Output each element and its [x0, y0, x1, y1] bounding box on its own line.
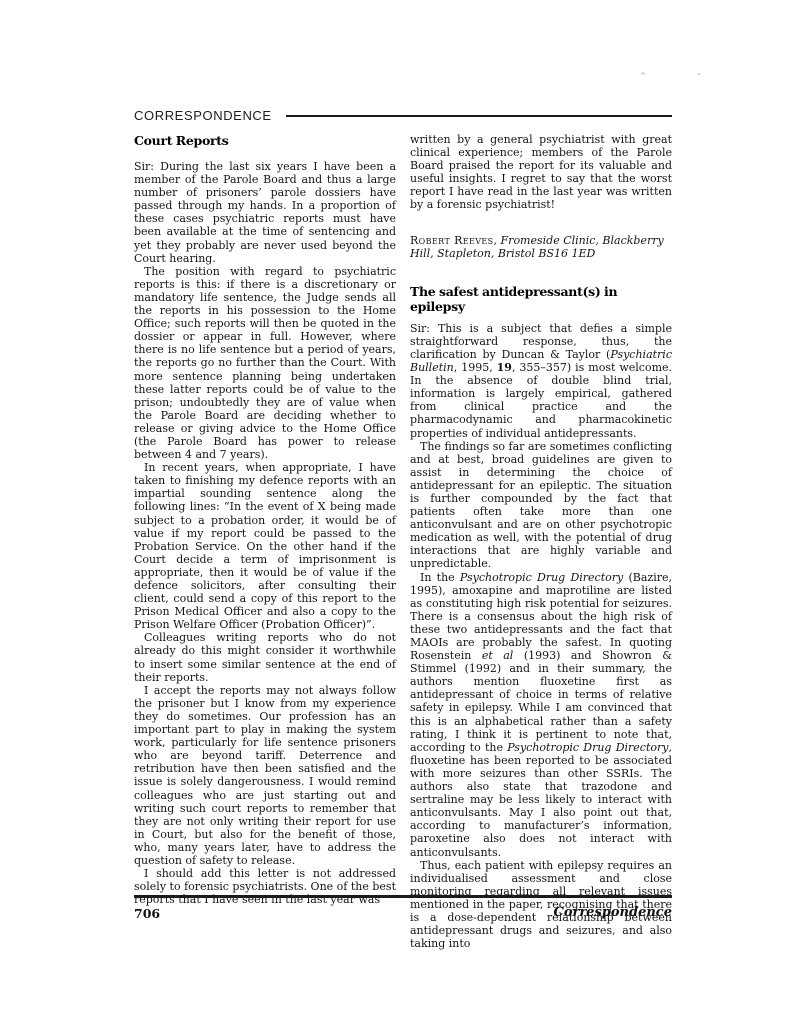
- text-segment: , 1995,: [454, 361, 497, 374]
- header-rule: [286, 115, 672, 118]
- paragraph: Sir: This is a subject that defies a sim…: [410, 322, 672, 440]
- text-segment: I accept the reports may not always foll…: [134, 684, 396, 867]
- letter-title: Court Reports: [134, 133, 396, 148]
- paragraph: Sir: During the last six years I have be…: [134, 160, 396, 265]
- text-segment: ,: [494, 234, 501, 247]
- section-header-label: CORRESPONDENCE: [134, 108, 272, 123]
- text-segment: 19: [497, 361, 512, 374]
- text-segment: Sir: During the last six years I have be…: [134, 160, 396, 265]
- text-segment: Robert Reeves: [410, 234, 494, 247]
- paragraph: Colleagues writing reports who do not al…: [134, 631, 396, 683]
- text-segment: written by a general psychiatrist with g…: [410, 133, 672, 211]
- text-segment: The position with regard to psychiatric …: [134, 265, 396, 461]
- text-columns: Court ReportsSir: During the last six ye…: [134, 133, 672, 950]
- text-segment: (1993) and Showron & Stimmel (1992) and …: [410, 649, 672, 754]
- paragraph: I should add this letter is not addresse…: [134, 867, 396, 906]
- right-column: written by a general psychiatrist with g…: [410, 133, 672, 950]
- paragraph: The position with regard to psychiatric …: [134, 265, 396, 461]
- author-signature: Robert Reeves, Fromeside Clinic, Blackbe…: [410, 234, 672, 260]
- paragraph: The findings so far are sometimes confli…: [410, 440, 672, 571]
- text-segment: Psychotropic Drug Directory: [460, 571, 623, 584]
- paragraph: I accept the reports may not always foll…: [134, 684, 396, 867]
- paragraph: written by a general psychiatrist with g…: [410, 133, 672, 212]
- journal-page: CORRESPONDENCE Court ReportsSir: During …: [0, 0, 800, 1036]
- footer-rule: [134, 895, 672, 898]
- scan-speck: [697, 73, 701, 75]
- scan-speck: [641, 72, 645, 75]
- text-segment: I should add this letter is not addresse…: [134, 867, 396, 906]
- paragraph: In the Psychotropic Drug Directory (Bazi…: [410, 571, 672, 859]
- left-column: Court ReportsSir: During the last six ye…: [134, 133, 396, 950]
- text-segment: Psychotropic Drug Directory: [507, 741, 668, 754]
- section-header: CORRESPONDENCE: [134, 108, 672, 123]
- text-segment: et al: [482, 649, 514, 662]
- text-segment: In recent years, when appropriate, I hav…: [134, 461, 396, 631]
- text-segment: , fluoxetine has been reported to be ass…: [410, 741, 672, 859]
- paragraph: In recent years, when appropriate, I hav…: [134, 461, 396, 631]
- text-segment: Colleagues writing reports who do not al…: [134, 631, 396, 683]
- text-segment: The findings so far are sometimes confli…: [410, 440, 672, 571]
- letter-title: The safest antidepressant(s) in epilepsy: [410, 284, 672, 314]
- text-segment: In the: [420, 571, 460, 584]
- running-title: Correspondence: [134, 905, 672, 920]
